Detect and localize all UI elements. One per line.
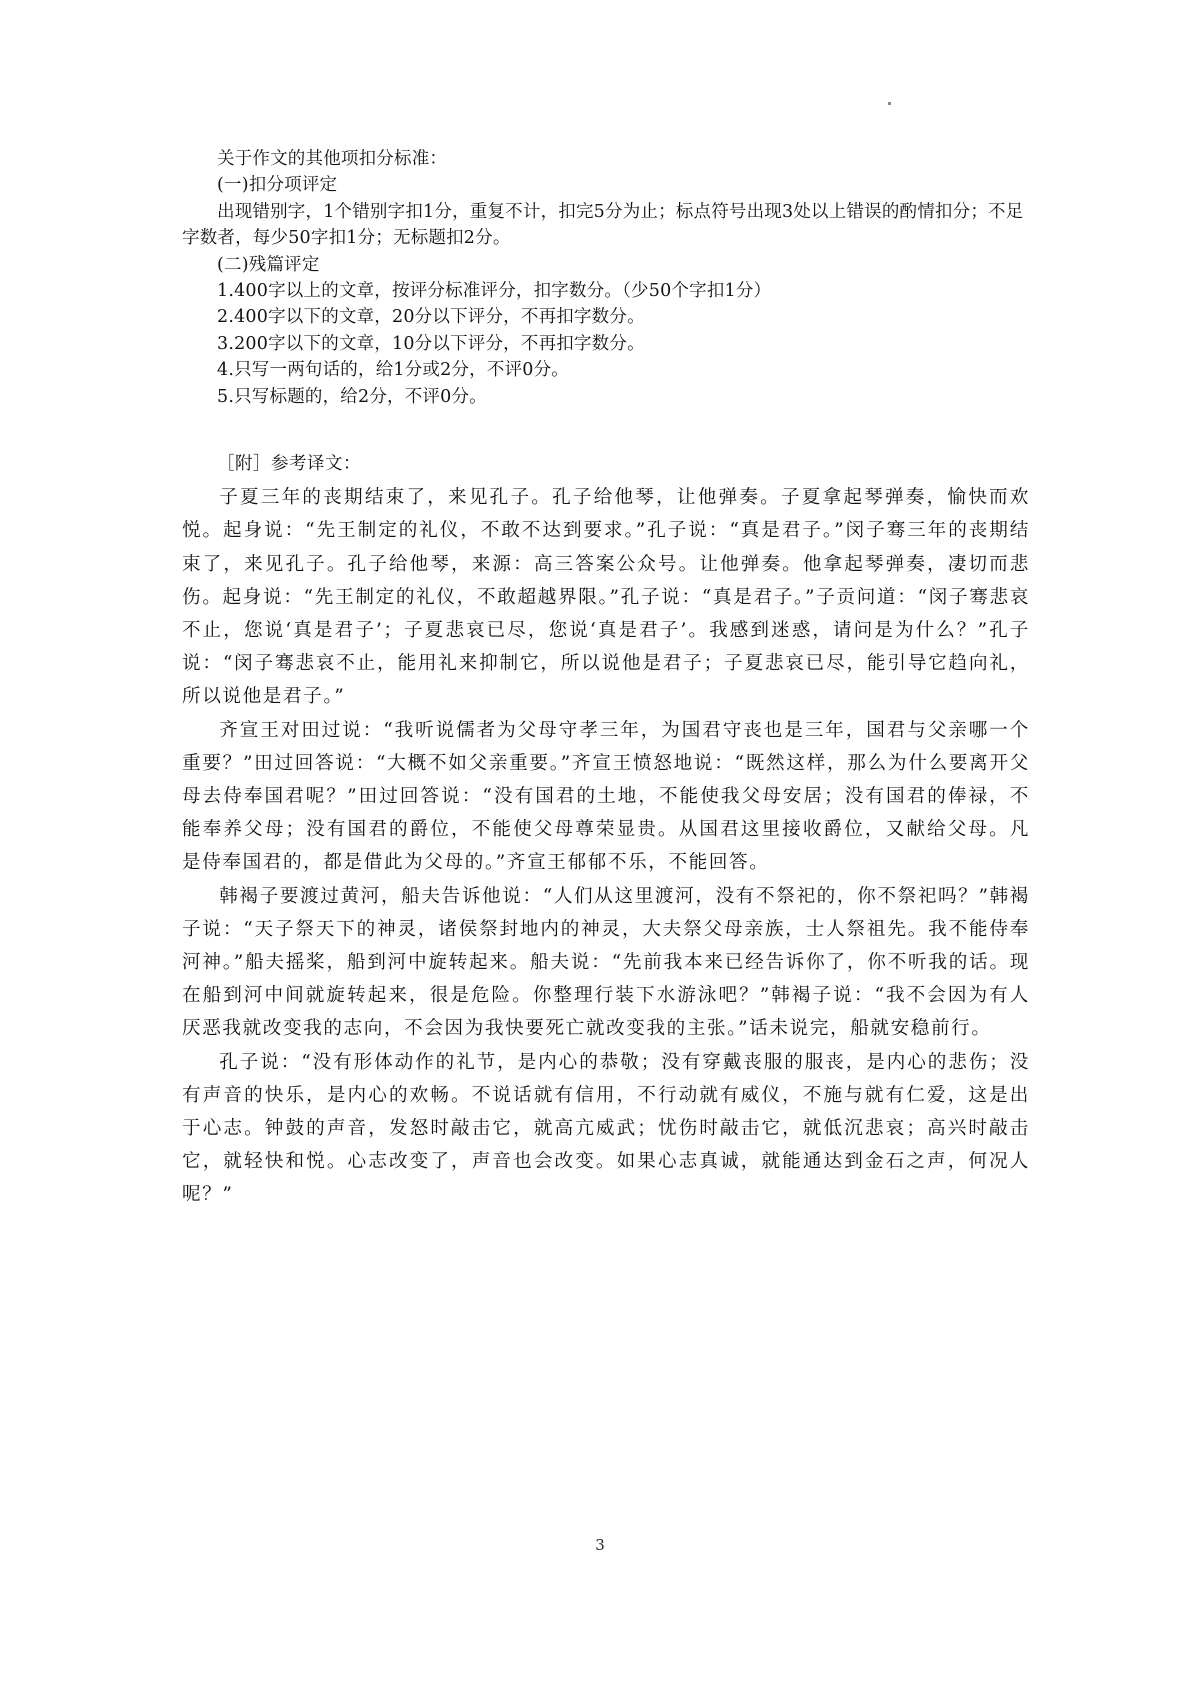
incomplete-rule-item: 4.只写一两句话的，给1分或2分，不评0分。 bbox=[182, 357, 1030, 383]
translation-paragraph: 孔子说：“没有形体动作的礼节，是内心的恭敬；没有穿戴丧服的服丧，是内心的悲伤；没… bbox=[182, 1046, 1030, 1212]
document-page: 关于作文的其他项扣分标准： (一)扣分项评定 出现错别字，1个错别字扣1分，重复… bbox=[0, 0, 1200, 1698]
incomplete-rule-item: 3.200字以下的文章，10分以下评分，不再扣字数分。 bbox=[182, 331, 1030, 357]
corner-mark bbox=[888, 102, 891, 105]
translation-paragraph: 子夏三年的丧期结束了，来见孔子。孔子给他琴，让他弹奏。子夏拿起琴弹奏，愉快而欢悦… bbox=[182, 481, 1030, 713]
appendix-heading: ［附］参考译文： bbox=[182, 448, 1030, 481]
incomplete-rule-item: 2.400字以下的文章，20分以下评分，不再扣字数分。 bbox=[182, 304, 1030, 330]
translation-paragraph: 齐宣王对田过说：“我听说儒者为父母守孝三年，为国君守丧也是三年，国君与父亲哪一个… bbox=[182, 714, 1030, 880]
incomplete-rule-item: 1.400字以上的文章，按评分标准评分，扣字数分。（少50个字扣1分） bbox=[182, 278, 1030, 304]
appendix-translation-section: ［附］参考译文： 子夏三年的丧期结束了，来见孔子。孔子给他琴，让他弹奏。子夏拿起… bbox=[182, 448, 1030, 1212]
deduction-rules-section: 关于作文的其他项扣分标准： (一)扣分项评定 出现错别字，1个错别字扣1分，重复… bbox=[182, 146, 1030, 410]
translation-paragraph: 韩褐子要渡过黄河，船夫告诉他说：“人们从这里渡河，没有不祭祀的，你不祭祀吗？”韩… bbox=[182, 880, 1030, 1046]
page-number: 3 bbox=[0, 1536, 1200, 1554]
subsection-title-incomplete: (二)残篇评定 bbox=[182, 252, 1030, 278]
incomplete-rule-item: 5.只写标题的，给2分，不评0分。 bbox=[182, 384, 1030, 410]
section-heading: 关于作文的其他项扣分标准： bbox=[182, 146, 1030, 172]
subsection-title-deductions: (一)扣分项评定 bbox=[182, 172, 1030, 198]
deduction-rules-text: 出现错别字，1个错别字扣1分，重复不计，扣完5分为止；标点符号出现3处以上错误的… bbox=[182, 199, 1030, 252]
